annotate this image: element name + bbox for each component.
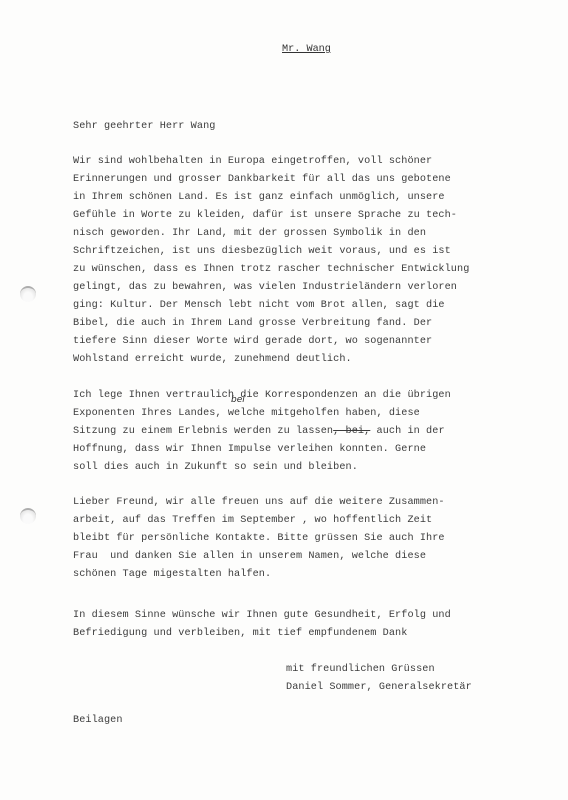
body-line: Lieber Freund, wir alle freuen uns auf d… [73,497,445,508]
body-line: Hoffnung, dass wir Ihnen Impulse verleih… [73,444,426,455]
text: Sitzung zu einem Erlebnis werden zu lass… [73,426,333,437]
body-line: schönen Tage migestalten halfen. [73,569,271,580]
text: auch in der [370,426,444,437]
body-line: soll dies auch in Zukunft so sein und bl… [73,462,358,473]
body-line: in Ihrem schönen Land. Es ist ganz einfa… [73,192,445,203]
body-line: Schriftzeichen, ist uns diesbezüglich we… [73,246,451,257]
closing: mit freundlichen Grüssen [286,664,435,675]
body-line: Exponenten Ihres Landes, welche mitgehol… [73,408,420,419]
body-line: Bibel, die auch in Ihrem Land grosse Ver… [73,318,432,329]
letter-heading: Mr. Wang [282,44,331,55]
struck-text: , bei, [333,426,370,437]
signature: Daniel Sommer, Generalsekretär [286,682,472,693]
enclosure-note: Beilagen [73,715,123,726]
body-line-with-strike: Sitzung zu einem Erlebnis werden zu lass… [73,426,445,437]
body-line: Erinnerungen und grosser Dankbarkeit für… [73,174,451,185]
punch-hole [20,286,36,302]
letter-page: Mr. Wang Sehr geehrter Herr Wang Wir sin… [0,0,568,800]
body-line: bleibt für persönliche Kontakte. Bitte g… [73,533,445,544]
body-line: Ich lege Ihnen vertraulich die Korrespon… [73,390,451,401]
body-line: nisch geworden. Ihr Land, mit der grosse… [73,228,426,239]
punch-hole [20,508,36,524]
body-line: tiefere Sinn dieser Worte wird gerade do… [73,336,432,347]
body-line: gelingt, das zu bewahren, was vielen Ind… [73,282,457,293]
body-line: zu wünschen, dass es Ihnen trotz rascher… [73,264,469,275]
body-line: Wir sind wohlbehalten in Europa eingetro… [73,156,432,167]
body-line: arbeit, auf das Treffen im September , w… [73,515,432,526]
body-line: Befriedigung und verbleiben, mit tief em… [73,628,407,639]
body-line: In diesem Sinne wünsche wir Ihnen gute G… [73,610,451,621]
body-line: Wohlstand erreicht wurde, zunehmend deut… [73,354,352,365]
body-line: Frau und danken Sie allen in unserem Nam… [73,551,426,562]
body-line: ging: Kultur. Der Mensch lebt nicht vom … [73,300,445,311]
salutation: Sehr geehrter Herr Wang [73,121,215,132]
body-line: Gefühle in Worte zu kleiden, dafür ist u… [73,210,457,221]
handwritten-insert: bei [231,395,245,405]
